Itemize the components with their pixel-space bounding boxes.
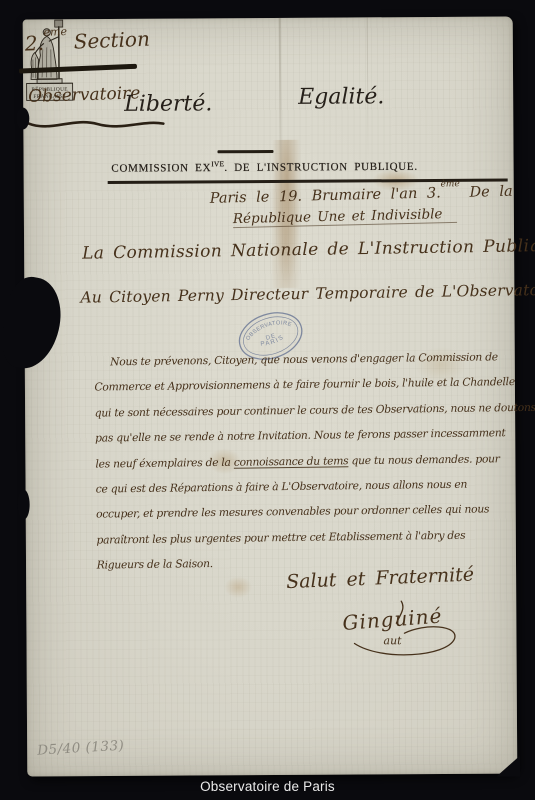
flourish-underline — [25, 116, 167, 133]
emblem-ground-line — [217, 150, 273, 153]
stain-lower — [224, 576, 252, 598]
folded-corner — [496, 755, 520, 776]
pencil-shelfmark: D5/40 (133) — [37, 738, 125, 759]
motto-egalite: Egalité. — [298, 84, 384, 110]
edge-nick — [18, 489, 30, 519]
section-annotation: 2.eme Section — [24, 27, 150, 56]
photo-caption: Observatoire de Paris — [0, 779, 535, 794]
photo-mat: { "photo": { "caption": "Observatoire de… — [0, 0, 535, 800]
letter-paper: 2.eme Section Observatoire Liberté. Egal… — [23, 17, 518, 777]
edge-nick — [16, 107, 29, 129]
recipient-line: Au Citoyen Perny Directeur Temporaire de… — [80, 281, 535, 307]
sender-line: La Commission Nationale de L'Instruction… — [82, 236, 535, 264]
torn-edge — [0, 273, 67, 373]
commission-title: COMMISSION EXIVE. DE L'INSTRUCTION PUBLI… — [70, 158, 460, 175]
body-lines: Nous te prévenons, Citoyen, que nous ven… — [94, 344, 523, 578]
motto-liberte: Liberté. — [124, 91, 212, 117]
dateline-1: Paris le 19. Brumaire l'an 3.ème De la — [210, 183, 513, 207]
dateline-2: République Une et Indivisible — [233, 206, 457, 228]
signature-note: aut — [383, 634, 401, 647]
